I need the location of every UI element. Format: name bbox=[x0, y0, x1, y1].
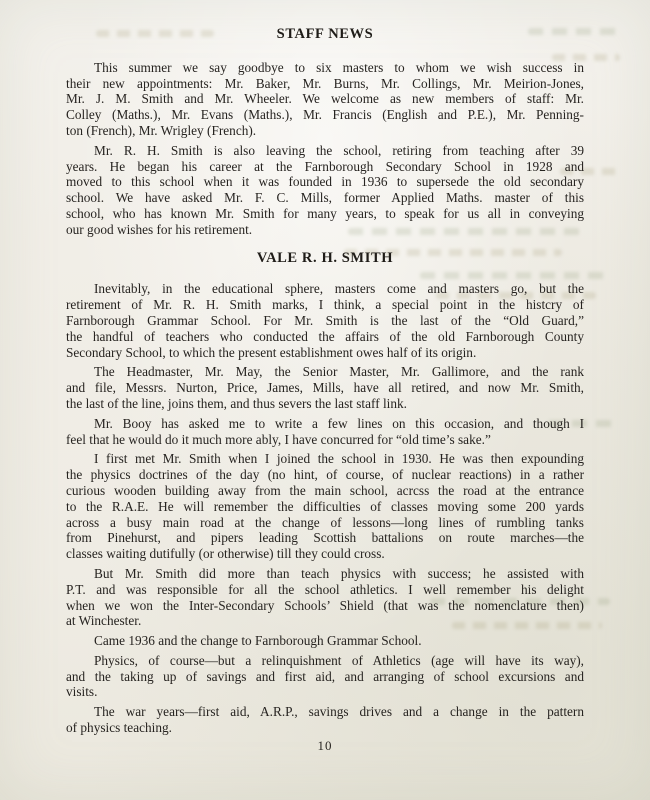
text-line: Physics, of course—but a relinquishment … bbox=[66, 653, 584, 669]
scanned-page: STAFF NEWSThis summer we say goodbye to … bbox=[0, 0, 650, 800]
text-line: school, who has known Mr. Smith for many… bbox=[66, 206, 584, 222]
text-line: But Mr. Smith did more than teach physic… bbox=[66, 566, 584, 582]
text-line: Mr. J. M. Smith and Mr. Wheeler. We welc… bbox=[66, 91, 584, 107]
text-line: across a busy main road at the change of… bbox=[66, 515, 584, 531]
paragraph: The war years—first aid, A.R.P., savings… bbox=[66, 704, 584, 736]
text-line: of physics teaching. bbox=[66, 720, 584, 736]
vale-heading: VALE R. H. SMITH bbox=[66, 251, 584, 267]
content: STAFF NEWSThis summer we say goodbye to … bbox=[66, 27, 584, 740]
paragraph: The Headmaster, Mr. May, the Senior Mast… bbox=[66, 364, 584, 411]
text-line: Secondary School, to which the present e… bbox=[66, 345, 584, 361]
text-line: visits. bbox=[66, 684, 584, 700]
paragraph: Inevitably, in the educational sphere, m… bbox=[66, 281, 584, 360]
text-line: Colley (Maths.), Mr. Evans (Maths.), Mr.… bbox=[66, 107, 584, 123]
text-line: P.T. and was responsible for all the sch… bbox=[66, 582, 584, 598]
text-line: ton (French), Mr. Wrigley (French). bbox=[66, 123, 584, 139]
paragraph: This summer we say goodbye to six master… bbox=[66, 60, 584, 139]
text-line: Farnborough Grammar School. For Mr. Smit… bbox=[66, 313, 584, 329]
text-line: the handful of teachers who conducted th… bbox=[66, 329, 584, 345]
text-line: years. He began his career at the Farnbo… bbox=[66, 159, 584, 175]
text-line: Inevitably, in the educational sphere, m… bbox=[66, 281, 584, 297]
text-line: retirement of Mr. R. H. Smith marks, I t… bbox=[66, 297, 584, 313]
text-line: the last of the line, joins them, and th… bbox=[66, 396, 584, 412]
text-line: I first met Mr. Smith when I joined the … bbox=[66, 451, 584, 467]
paragraph: I first met Mr. Smith when I joined the … bbox=[66, 451, 584, 562]
text-line: moved to this school when it was founded… bbox=[66, 174, 584, 190]
text-line: from Pinehurst, and pipers leading Scott… bbox=[66, 530, 584, 546]
paragraph: Physics, of course—but a relinquishment … bbox=[66, 653, 584, 700]
text-line: our good wishes for his retirement. bbox=[66, 222, 584, 238]
text-line: the physics doctrines of the day (no hin… bbox=[66, 467, 584, 483]
text-line: at Winchester. bbox=[66, 613, 584, 629]
text-line: and the taking up of savings and first a… bbox=[66, 669, 584, 685]
text-line: The war years—first aid, A.R.P., savings… bbox=[66, 704, 584, 720]
paragraph: Mr. Booy has asked me to write a few lin… bbox=[66, 416, 584, 448]
text-line: to the R.A.E. He will remember the diffi… bbox=[66, 499, 584, 515]
text-line: Mr. R. H. Smith is also leaving the scho… bbox=[66, 143, 584, 159]
paragraph: Came 1936 and the change to Farnborough … bbox=[66, 633, 584, 649]
page-number: 10 bbox=[0, 738, 650, 754]
text-line: school. We have asked Mr. F. C. Mills, f… bbox=[66, 190, 584, 206]
text-line: curious wooden building away from the ma… bbox=[66, 483, 584, 499]
text-line: their new appointments: Mr. Baker, Mr. B… bbox=[66, 76, 584, 92]
text-line: classes waiting dutifully (or otherwise)… bbox=[66, 546, 584, 562]
paragraph: Mr. R. H. Smith is also leaving the scho… bbox=[66, 143, 584, 238]
text-line: when we won the Inter-Secondary Schools’… bbox=[66, 598, 584, 614]
text-line: The Headmaster, Mr. May, the Senior Mast… bbox=[66, 364, 584, 380]
text-line: This summer we say goodbye to six master… bbox=[66, 60, 584, 76]
text-line: Mr. Booy has asked me to write a few lin… bbox=[66, 416, 584, 432]
text-line: feel that he would do it much more ably,… bbox=[66, 432, 584, 448]
paragraph: But Mr. Smith did more than teach physic… bbox=[66, 566, 584, 629]
staff-news-heading: STAFF NEWS bbox=[66, 27, 584, 43]
text-line: and file, Messrs. Nurton, Price, James, … bbox=[66, 380, 584, 396]
text-line: Came 1936 and the change to Farnborough … bbox=[66, 633, 584, 649]
